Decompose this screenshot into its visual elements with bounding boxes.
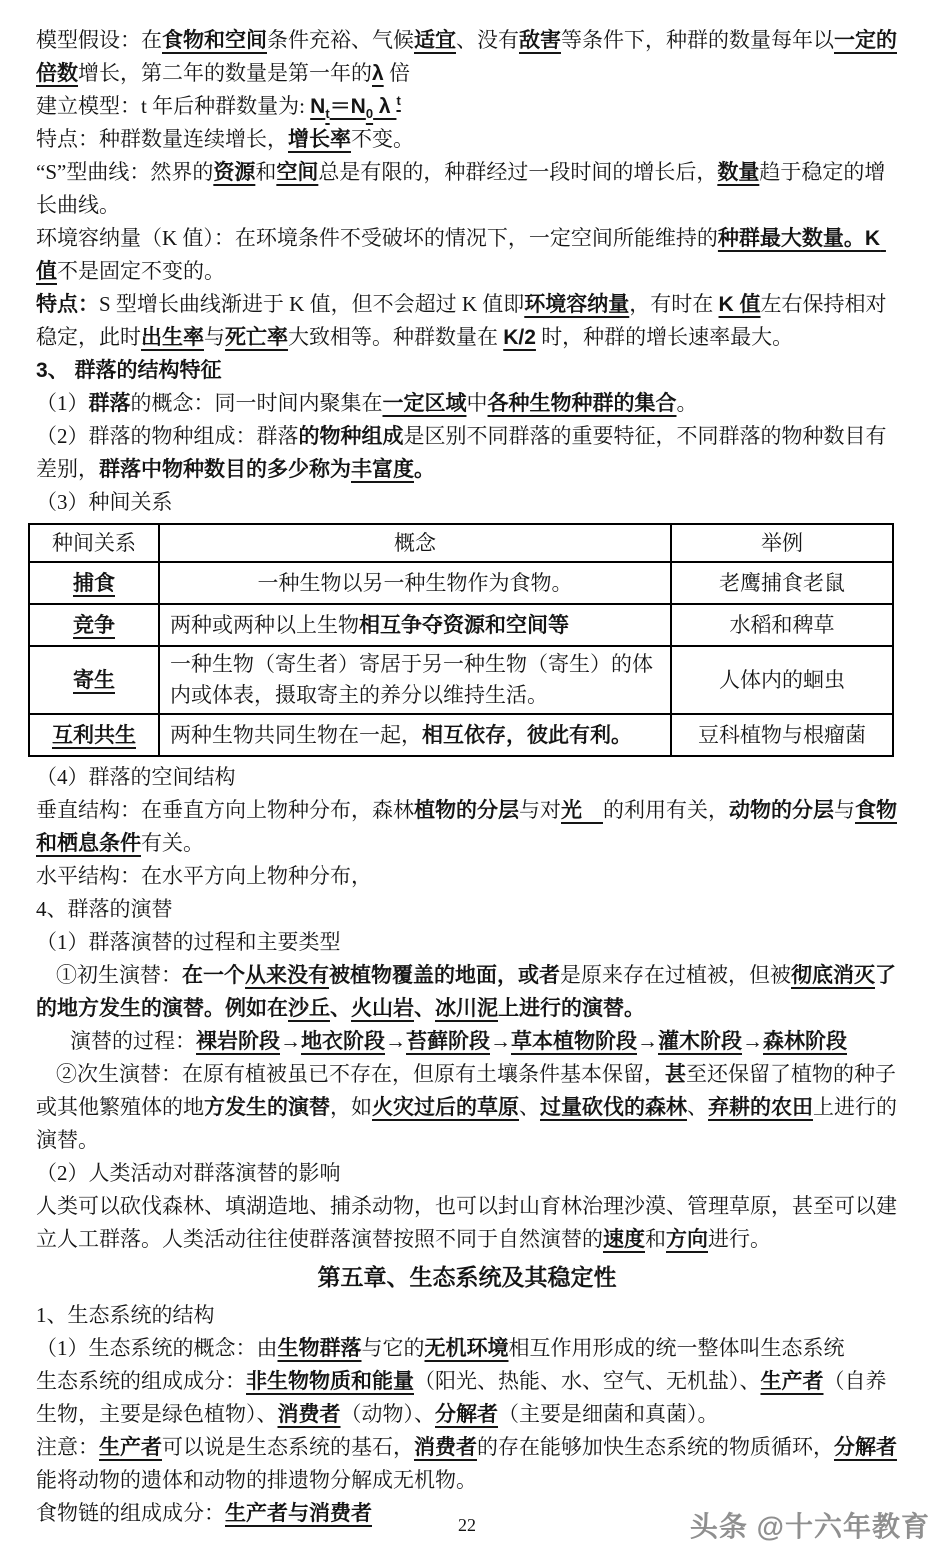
text-run: 火山岩 bbox=[351, 997, 414, 1020]
text-run: 适宜 bbox=[414, 29, 456, 52]
text-run: （主要是细菌和真菌）。 bbox=[498, 1402, 719, 1426]
text-run: 环境容纳量（K 值）：在环境条件不受破坏的情况下，一定空间所能维持的 bbox=[36, 226, 718, 250]
text-run: 建立模型：t 年后种群数量为: bbox=[36, 94, 310, 118]
text-run: 无机环境 bbox=[425, 1337, 509, 1360]
text-run: λ bbox=[373, 95, 396, 118]
text-run: 有关。 bbox=[141, 831, 204, 855]
text-run: 植物的分层 bbox=[414, 799, 519, 822]
text-run: 森林阶段 bbox=[763, 1030, 847, 1053]
table-cell-example: 老鹰捕食老鼠 bbox=[671, 562, 893, 604]
text-run: 竞争 bbox=[73, 614, 115, 637]
paragraph-succession-process: 演替的过程：裸岩阶段→地衣阶段→苔藓阶段→草本植物阶段→灌木阶段→森林阶段 bbox=[36, 1025, 898, 1058]
text-run: （2）群落的物种组成：群落 bbox=[36, 424, 299, 448]
text-run: 增长率 bbox=[288, 128, 351, 151]
text-run: 一种生物以另一种生物作为食物。 bbox=[258, 571, 573, 595]
text-run: ①初生演替： bbox=[56, 963, 182, 987]
text-run: 两种生物共同生物在一起， bbox=[170, 723, 422, 747]
text-run: 、 bbox=[414, 997, 435, 1020]
paragraph-s-curve-feature: 特点：S 型增长曲线渐进于 K 值，但不会超过 K 值即环境容纳量，有时在 K … bbox=[36, 288, 898, 354]
text-run: 。 bbox=[414, 458, 435, 481]
text-run: ＝N bbox=[330, 95, 366, 118]
text-run: 的利用有关， bbox=[603, 798, 729, 822]
text-run: 空间 bbox=[276, 161, 318, 184]
text-run: 光 bbox=[561, 799, 603, 822]
text-run: 彻底消灭 bbox=[791, 964, 875, 987]
chapter-heading-ecosystem: 第五章、生态系统及其稳定性 bbox=[36, 1256, 898, 1299]
text-run: （1）生态系统的概念：由 bbox=[36, 1336, 278, 1360]
text-run: 特点：种群数量连续增长， bbox=[36, 127, 288, 151]
table-row-parasitism: 寄生 一种生物（寄生者）寄居于另一种生物（寄生）的体内或体表，摄取寄主的养分以维… bbox=[29, 646, 893, 714]
text-run: 条件充裕、气候 bbox=[267, 28, 414, 52]
text-run: 是原来存在过植被，但被 bbox=[560, 963, 791, 987]
table-row-competition: 竞争 两种或两种以上生物相互争夺资源和空间等 水稻和稗草 bbox=[29, 604, 893, 646]
text-run: 、 bbox=[687, 1095, 708, 1119]
paragraph-human-impact-label: （2）人类活动对群落演替的影响 bbox=[36, 1157, 898, 1190]
text-run: ，如 bbox=[330, 1095, 372, 1119]
text-run: 分解者 bbox=[834, 1436, 897, 1459]
table-cell-term: 互利共生 bbox=[29, 714, 159, 756]
text-run: 动物的分层 bbox=[729, 799, 834, 822]
text-run: 过量砍伐的森林 bbox=[540, 1096, 687, 1119]
text-run: t bbox=[396, 93, 400, 108]
text-run: 环境容纳量 bbox=[524, 293, 629, 316]
text-run: （1） bbox=[36, 391, 89, 415]
paragraph-primary-succession: ①初生演替：在一个从来没有被植物覆盖的地面，或者是原来存在过植被，但被彻底消灭了… bbox=[36, 959, 898, 1025]
text-run: 4、群落的演替 bbox=[36, 897, 173, 921]
text-run: 。 bbox=[677, 391, 698, 415]
paragraph-community-concept: （1）群落的概念：同一时间内聚集在一定区域中各种生物种群的集合。 bbox=[36, 387, 898, 420]
text-run: 食物和空间 bbox=[162, 29, 267, 52]
table-row-predation: 捕食 一种生物以另一种生物作为食物。 老鹰捕食老鼠 bbox=[29, 562, 893, 604]
text-run: ②次生演替：在原有植被虽已不存在，但原有土壤条件基本保留， bbox=[56, 1062, 665, 1086]
text-run: （4）群落的空间结构 bbox=[36, 765, 236, 789]
text-run: 甚 bbox=[665, 1063, 686, 1086]
text-run: 与对 bbox=[519, 798, 561, 822]
text-run: （3）种间关系 bbox=[36, 490, 173, 514]
table-cell-concept: 一种生物以另一种生物作为食物。 bbox=[159, 562, 671, 604]
paragraph-spatial-structure-label: （4）群落的空间结构 bbox=[36, 761, 898, 794]
table-cell-term: 捕食 bbox=[29, 562, 159, 604]
text-run: 方发生的演替 bbox=[204, 1096, 330, 1119]
text-run: → bbox=[385, 1030, 406, 1053]
text-run: （1）群落演替的过程和主要类型 bbox=[36, 930, 341, 954]
text-run: 数量 bbox=[717, 161, 759, 184]
text-run: 注意： bbox=[36, 1435, 99, 1459]
text-run: 和 bbox=[255, 160, 276, 184]
table-cell-concept: 两种或两种以上生物相互争夺资源和空间等 bbox=[159, 604, 671, 646]
text-run: （阳光、热能、水、空气、无机盐）、 bbox=[414, 1369, 761, 1393]
paragraph-species-composition: （2）群落的物种组成：群落的物种组成是区别不同群落的重要特征，不同群落的物种数目… bbox=[36, 420, 898, 486]
paragraph-succession-types-label: （1）群落演替的过程和主要类型 bbox=[36, 926, 898, 959]
text-run: 不变。 bbox=[351, 127, 414, 151]
text-run: 与 bbox=[834, 798, 855, 822]
document-page: 模型假设：在食物和空间条件充裕、气候适宜、没有敌害等条件下，种群的数量每年以一定… bbox=[0, 0, 934, 1557]
text-run: 、 bbox=[519, 1095, 540, 1119]
text-run: 与 bbox=[204, 325, 225, 349]
text-run: 水平结构：在水平方向上物种分布， bbox=[36, 864, 372, 888]
text-run: 一定区域 bbox=[383, 392, 467, 415]
table-cell-example: 豆科植物与根瘤菌 bbox=[671, 714, 893, 756]
text-run: 消费者 bbox=[414, 1436, 477, 1459]
table-cell-example: 水稻和稗草 bbox=[671, 604, 893, 646]
text-run: 垂直结构：在垂直方向上物种分布，森林 bbox=[36, 798, 414, 822]
paragraph-human-impact: 人类可以砍伐森林、填湖造地、捕杀动物，也可以封山育林治理沙漠、管理草原，甚至可以… bbox=[36, 1190, 898, 1256]
text-run: 在一个 bbox=[182, 964, 245, 987]
paragraph-ecosystem-components: 生态系统的组成成分：非生物物质和能量（阳光、热能、水、空气、无机盐）、生产者（自… bbox=[36, 1365, 898, 1431]
text-run: → bbox=[637, 1030, 658, 1053]
text-run: 灌木阶段 bbox=[658, 1030, 742, 1053]
paragraph-horizontal-structure: 水平结构：在水平方向上物种分布， bbox=[36, 860, 898, 893]
text-run: 冰川泥 bbox=[435, 997, 498, 1020]
paragraph-secondary-succession: ②次生演替：在原有植被虽已不存在，但原有土壤条件基本保留，甚至还保留了植物的种子… bbox=[36, 1058, 898, 1157]
text-run: ，有时在 bbox=[629, 292, 718, 316]
text-run: 相互作用形成的统一整体叫生态系统 bbox=[509, 1336, 845, 1360]
text-run: 生态系统的组成成分： bbox=[36, 1369, 246, 1393]
text-run: 丰富度 bbox=[351, 458, 414, 481]
paragraph-vertical-structure: 垂直结构：在垂直方向上物种分布，森林植物的分层与对光 的利用有关，动物的分层与食… bbox=[36, 794, 898, 860]
text-run: 一种生物（寄生者）寄居于另一种生物（寄生）的体内或体表，摄取寄主的养分以维持生活… bbox=[170, 652, 653, 707]
paragraph-k-value: 环境容纳量（K 值）：在环境条件不受破坏的情况下，一定空间所能维持的种群最大数量… bbox=[36, 222, 898, 288]
text-run: 大致相等。种群数量在 bbox=[288, 325, 503, 349]
paragraph-ecosystem-note: 注意：生产者可以说是生态系统的基石，消费者的存在能够加快生态系统的物质循环，分解… bbox=[36, 1431, 898, 1497]
text-run: 苔藓阶段 bbox=[406, 1030, 490, 1053]
text-run: 等条件下，种群的数量每年以 bbox=[561, 28, 834, 52]
text-run: 特点： bbox=[36, 293, 99, 316]
text-run: 、 bbox=[330, 997, 351, 1020]
text-run: 分解者 bbox=[435, 1403, 498, 1426]
paragraph-ecosystem-concept: （1）生态系统的概念：由生物群落与它的无机环境相互作用形成的统一整体叫生态系统 bbox=[36, 1332, 898, 1365]
table-row-mutualism: 互利共生 两种生物共同生物在一起，相互依存，彼此有利。 豆科植物与根瘤菌 bbox=[29, 714, 893, 756]
text-run: 敌害 bbox=[519, 29, 561, 52]
text-run: 能将动物的遗体和动物的排遗物分解成无机物。 bbox=[36, 1468, 477, 1492]
text-run: （动物）、 bbox=[341, 1402, 436, 1426]
text-run: 总是有限的，种群经过一段时间的增长后， bbox=[318, 160, 717, 184]
text-run: 被植物覆盖的地面，或者 bbox=[329, 964, 560, 987]
text-run: 演替的过程： bbox=[70, 1029, 196, 1053]
text-run: 消费者 bbox=[278, 1403, 341, 1426]
text-run: → bbox=[280, 1030, 301, 1053]
section-heading-succession: 4、群落的演替 bbox=[36, 893, 898, 926]
table-cell-term: 寄生 bbox=[29, 646, 159, 714]
text-run: 速度 bbox=[603, 1228, 645, 1251]
text-run: N bbox=[310, 95, 325, 118]
paragraph-interspecies-label: （3）种间关系 bbox=[36, 486, 898, 519]
text-run: 两种或两种以上生物 bbox=[170, 613, 359, 637]
text-run: 各种生物种群的集合 bbox=[488, 392, 677, 415]
table-header-relation: 种间关系 bbox=[29, 524, 159, 562]
text-run: 可以说是生态系统的基石， bbox=[162, 1435, 414, 1459]
watermark-toutiao: 头条 @十六年教育 bbox=[690, 1507, 930, 1547]
text-run: 与它的 bbox=[362, 1336, 425, 1360]
text-run: 增长，第二年的数量是第一年的 bbox=[78, 61, 372, 85]
text-run: 中 bbox=[467, 391, 488, 415]
table-cell-term: 竞争 bbox=[29, 604, 159, 646]
table-cell-concept: 一种生物（寄生者）寄居于另一种生物（寄生）的体内或体表，摄取寄主的养分以维持生活… bbox=[159, 646, 671, 714]
text-run: 相互依存，彼此有利。 bbox=[422, 724, 632, 747]
text-run: 倍 bbox=[384, 61, 410, 85]
text-run: 互利共生 bbox=[52, 724, 136, 747]
text-run: 模型假设：在 bbox=[36, 28, 162, 52]
text-run: 生物群落 bbox=[278, 1337, 362, 1360]
text-run: 方向 bbox=[666, 1228, 708, 1251]
text-run: 生产者 bbox=[761, 1370, 824, 1393]
text-run: 群落中物种数目的多少称为 bbox=[99, 458, 351, 481]
text-run: 第五章、生态系统及其稳定性 bbox=[318, 1264, 617, 1290]
table-cell-concept: 两种生物共同生物在一起，相互依存，彼此有利。 bbox=[159, 714, 671, 756]
paragraph-model-assumption: 模型假设：在食物和空间条件充裕、气候适宜、没有敌害等条件下，种群的数量每年以一定… bbox=[36, 24, 898, 90]
text-run: 资源 bbox=[213, 161, 255, 184]
text-run: 出生率 bbox=[141, 326, 204, 349]
text-run: 寄生 bbox=[73, 669, 115, 692]
interspecies-relation-table: 种间关系 概念 举例 捕食 一种生物以另一种生物作为食物。 老鹰捕食老鼠 竞争 … bbox=[28, 523, 894, 757]
text-run: 、没有 bbox=[456, 28, 519, 52]
section-heading-community-structure: 3、 群落的结构特征 bbox=[36, 354, 898, 387]
text-run: 1、生态系统的结构 bbox=[36, 1303, 215, 1327]
text-run: 生产者 bbox=[99, 1436, 162, 1459]
text-run: 弃耕的农田 bbox=[708, 1096, 813, 1119]
text-run: 死亡率 bbox=[225, 326, 288, 349]
text-run: 的存在能够加快生态系统的物质循环， bbox=[477, 1435, 834, 1459]
text-run: K 值 bbox=[719, 293, 761, 316]
text-run: 沙丘 bbox=[288, 997, 330, 1020]
text-run: 裸岩阶段 bbox=[196, 1030, 280, 1053]
text-run: 从来没有 bbox=[245, 964, 329, 987]
text-run: 地衣阶段 bbox=[301, 1030, 385, 1053]
text-run: 的物种组成 bbox=[299, 425, 404, 448]
text-run: 0 bbox=[366, 106, 373, 121]
table-header-example: 举例 bbox=[671, 524, 893, 562]
paragraph-s-curve: “S”型曲线：然界的资源和空间总是有限的，种群经过一段时间的增长后，数量趋于稳定… bbox=[36, 156, 898, 222]
text-run: 和 bbox=[645, 1227, 666, 1251]
table-cell-example: 人体内的蛔虫 bbox=[671, 646, 893, 714]
text-run: 群落 bbox=[89, 392, 131, 415]
text-run: （2）人类活动对群落演替的影响 bbox=[36, 1161, 341, 1185]
text-run: 不是固定不变的。 bbox=[57, 259, 225, 283]
text-run: 进行。 bbox=[708, 1227, 771, 1251]
paragraph-j-curve-feature: 特点：种群数量连续增长，增长率不变。 bbox=[36, 123, 898, 156]
text-run: 3、 群落的结构特征 bbox=[36, 359, 222, 382]
text-run: 上进行的演替。 bbox=[498, 997, 645, 1020]
text-run: → bbox=[742, 1030, 763, 1053]
paragraph-ecosystem-structure-label: 1、生态系统的结构 bbox=[36, 1299, 898, 1332]
text-run: → bbox=[490, 1030, 511, 1053]
text-run: “S”型曲线：然界的 bbox=[36, 160, 213, 184]
text-run: 的概念：同一时间内聚集在 bbox=[131, 391, 383, 415]
text-run: 火灾过后的草原 bbox=[372, 1096, 519, 1119]
text-run: λ bbox=[372, 62, 384, 85]
text-run: K/2 bbox=[503, 326, 536, 349]
text-run: 相互争夺资源和空间等 bbox=[359, 614, 569, 637]
text-run: S 型增长曲线渐进于 K 值，但不会超过 K 值即 bbox=[99, 292, 524, 316]
text-run: 草本植物阶段 bbox=[511, 1030, 637, 1053]
text-run: 非生物物质和能量 bbox=[246, 1370, 414, 1393]
text-run: 时，种群的增长速率最大。 bbox=[536, 325, 793, 349]
paragraph-model-formula: 建立模型：t 年后种群数量为: Nt＝N0 λ t bbox=[36, 90, 898, 123]
table-header-concept: 概念 bbox=[159, 524, 671, 562]
table-header-row: 种间关系 概念 举例 bbox=[29, 524, 893, 562]
text-run: 捕食 bbox=[73, 572, 115, 595]
